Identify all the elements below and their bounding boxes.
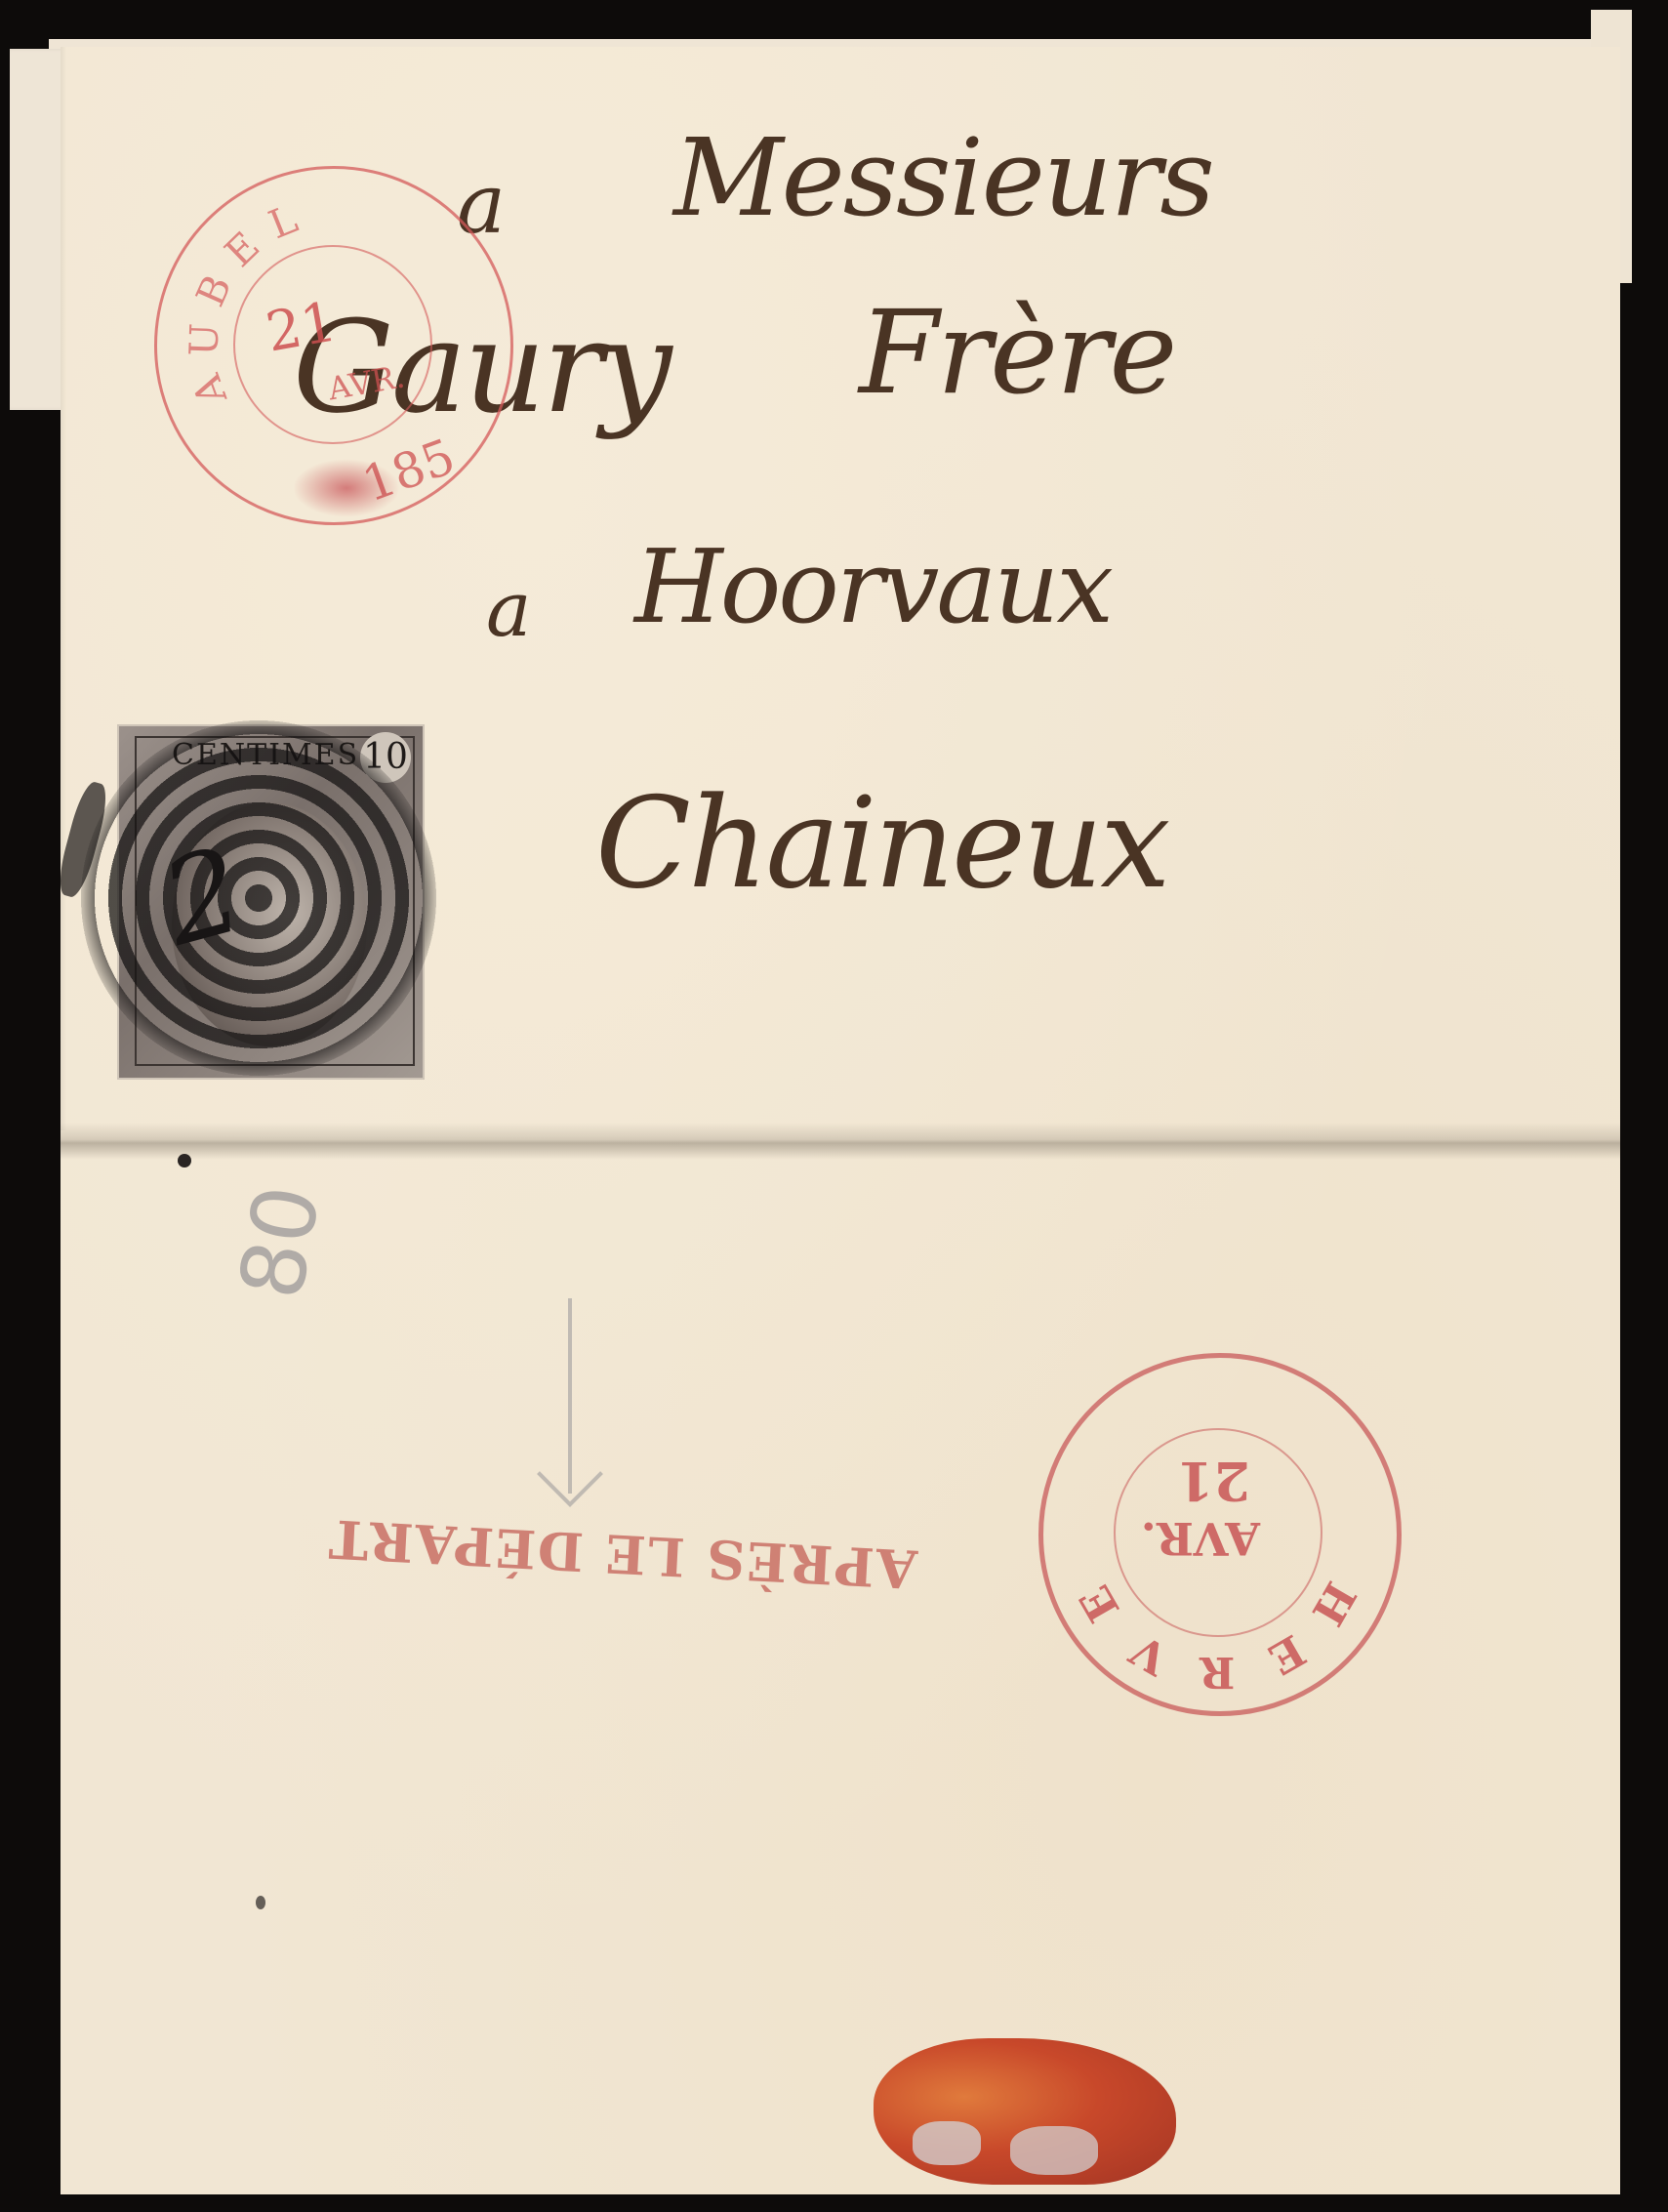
postmark-month: AVR. [1141, 1512, 1260, 1565]
ink-smudge [293, 459, 400, 517]
ink-spot [178, 1154, 191, 1167]
herve-postmark: HERVE 21 AVR. [1038, 1353, 1402, 1716]
postmark-letter: R [1200, 1647, 1236, 1697]
postmark-letter: V [1123, 1624, 1177, 1684]
address-line-3-prefix: a [486, 566, 532, 654]
postmark-letter: B [187, 268, 240, 313]
postmark-letter: U [182, 323, 227, 357]
horizontal-fold [61, 1123, 1620, 1160]
left-fold-shadow [61, 47, 66, 1130]
address-line-4: Chaineux [595, 771, 1167, 917]
postmark-letter: E [217, 224, 268, 275]
postmark-letter: L [264, 197, 305, 249]
postmark-day: 21 [262, 290, 341, 364]
address-line-3: Hoorvaux [634, 527, 1111, 646]
postmark-letter: A [184, 369, 236, 411]
postmark-letter: E [1071, 1577, 1130, 1631]
postmark-letter: E [1260, 1624, 1314, 1684]
postmark-letter: H [1301, 1574, 1364, 1634]
address-line-1: Messieurs [673, 115, 1213, 240]
pencil-note: 80 [221, 1178, 341, 1306]
barred-cancel [78, 717, 439, 1079]
down-arrow-icon [568, 1298, 572, 1494]
address-line-2-suffix: Frère [859, 285, 1175, 420]
ink-spot [256, 1896, 265, 1909]
postmark-day: 21 [1177, 1450, 1250, 1512]
